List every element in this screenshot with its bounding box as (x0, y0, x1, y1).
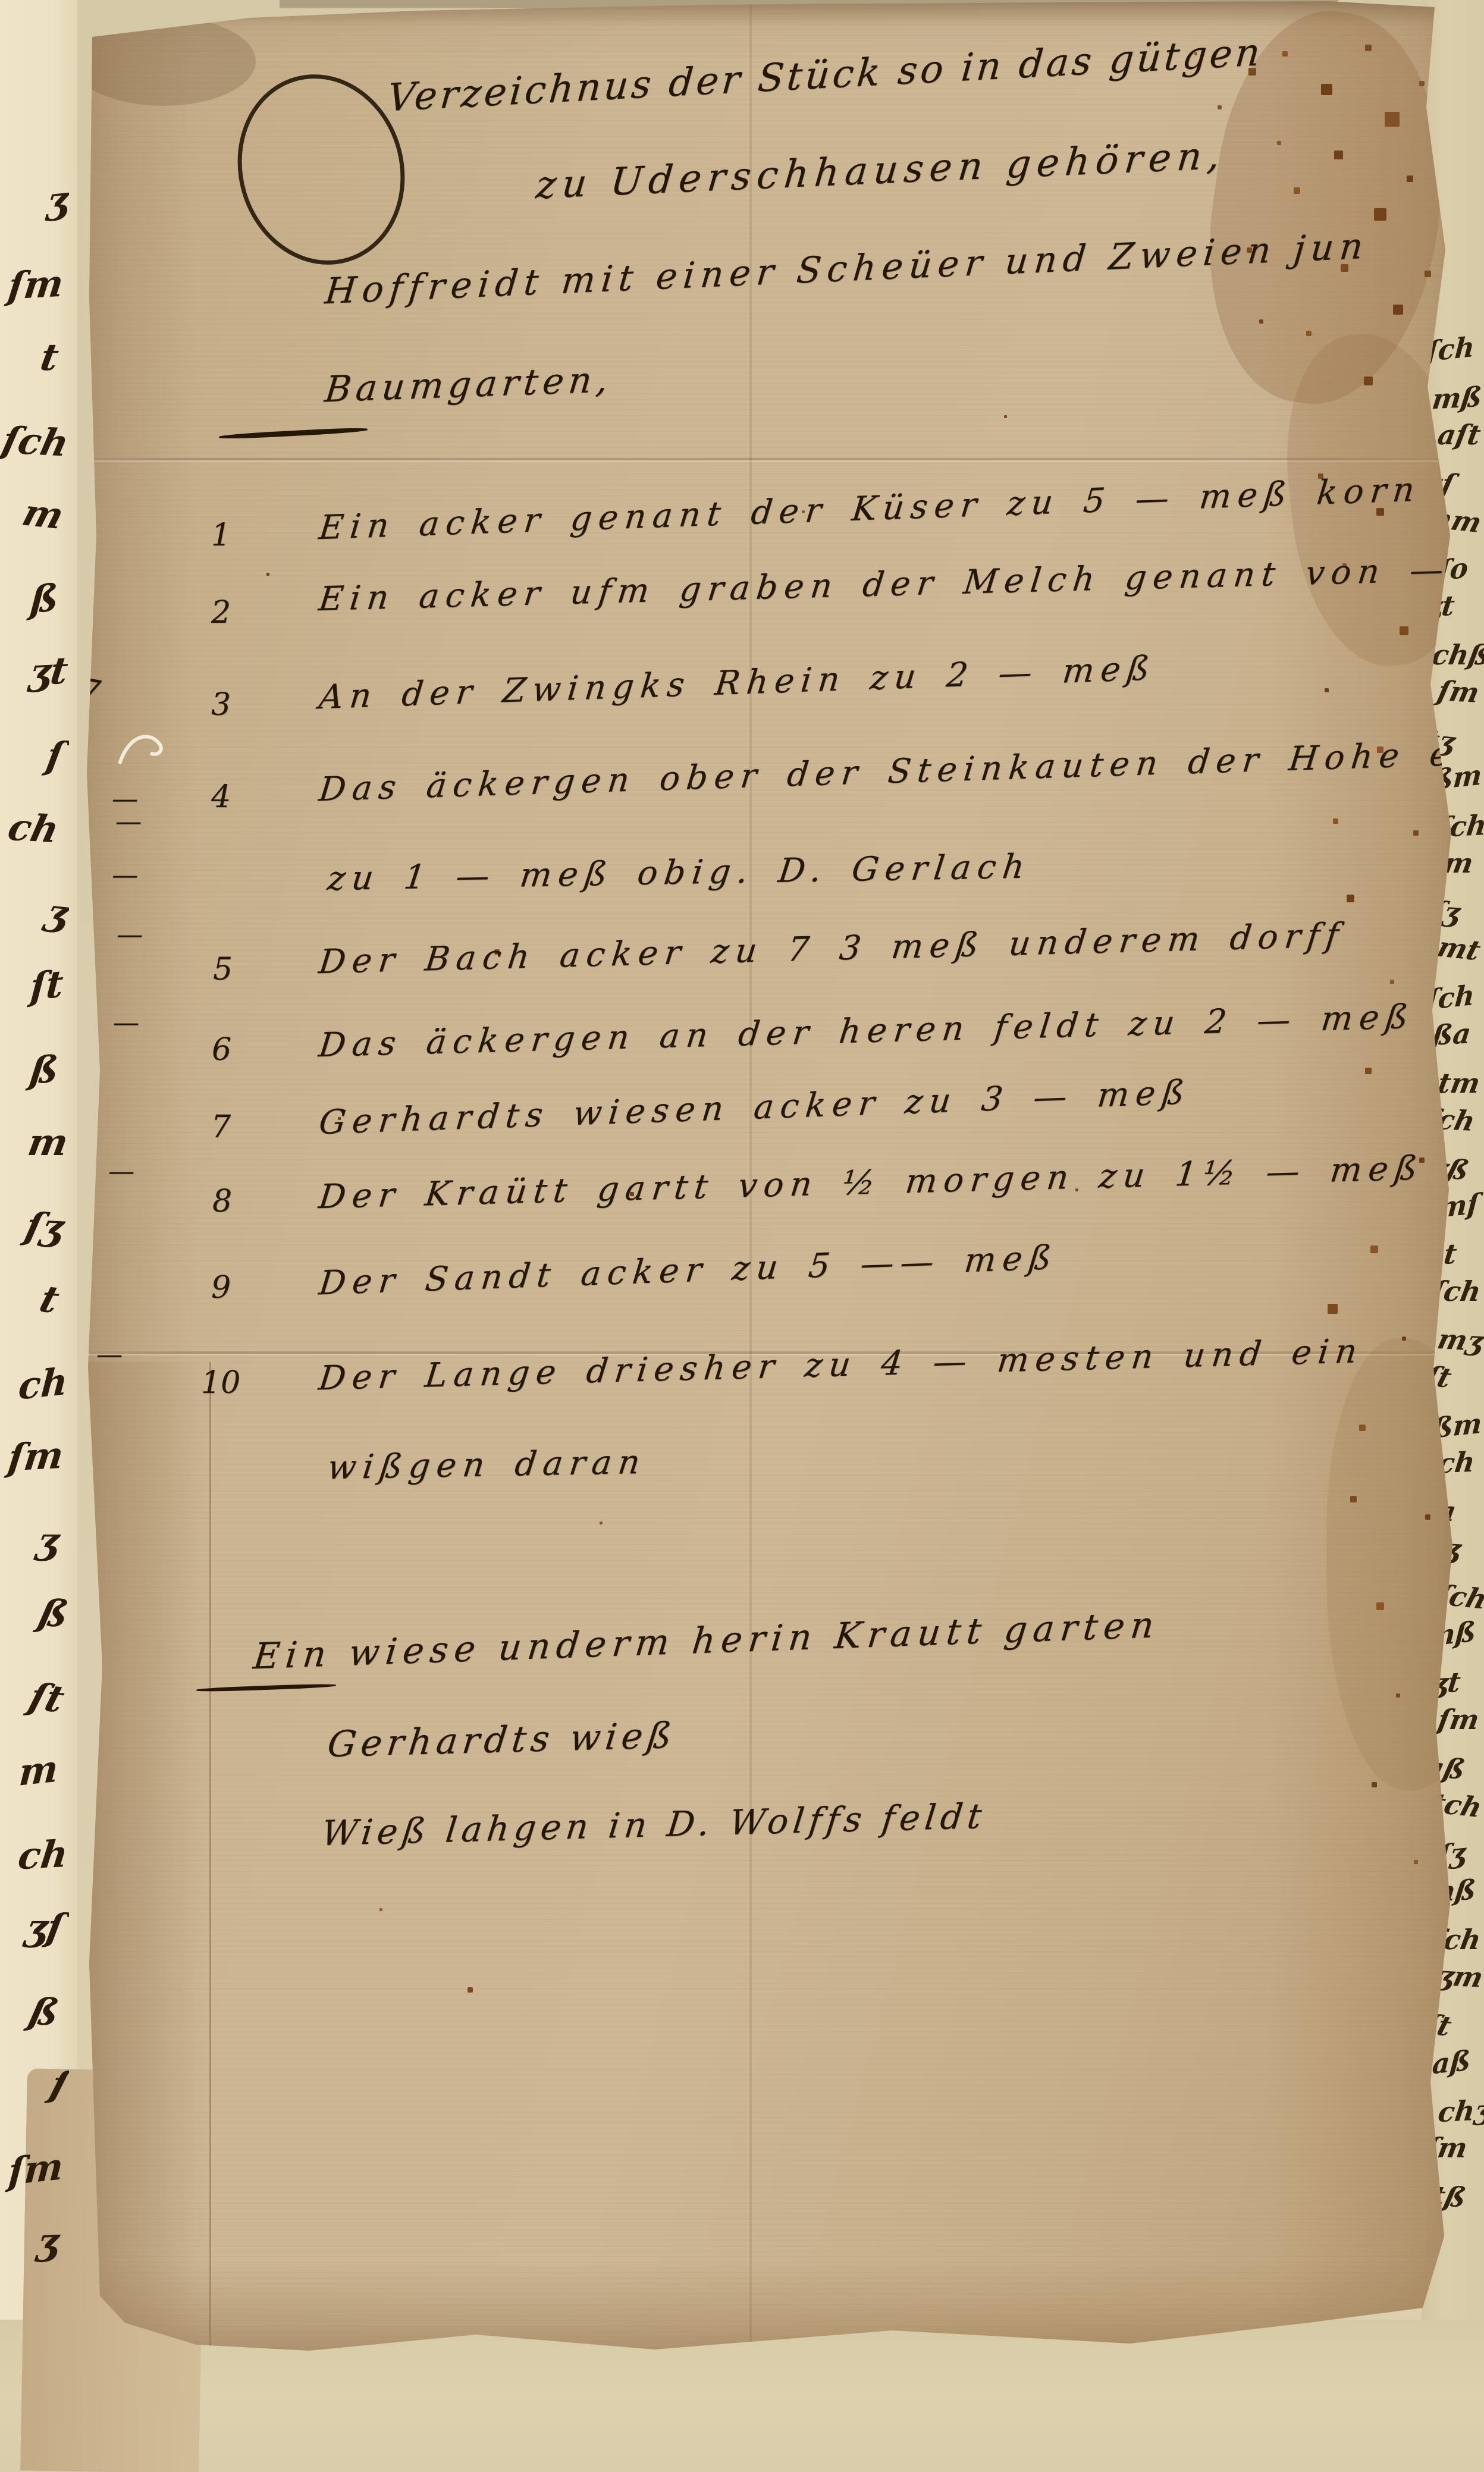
script-fragment: ʒ (34, 2219, 61, 2264)
paper-thread-fiber (116, 727, 170, 780)
item-number: 8 (212, 1184, 232, 1219)
script-fragment: ch (17, 1359, 69, 1408)
item-number: 5 (213, 952, 233, 987)
script-fragment: m (18, 1746, 59, 1795)
adjacent-page-script-fragments-left: ʒſmtſchmßʒtſchʒſtßmſʒtchſmʒßſtmchʒſßſſmʒ (0, 0, 69, 2439)
script-fragment: ßa (1430, 1017, 1473, 1052)
script-fragment: ſt (24, 1675, 69, 1721)
script-fragment: ʒ (41, 890, 69, 935)
script-fragment: ſm (1435, 675, 1483, 708)
script-fragment: aß (1431, 2044, 1472, 2080)
item-number: 7 (211, 1109, 231, 1145)
script-fragment: t (37, 335, 62, 379)
script-fragment: ſm (1435, 1704, 1482, 1736)
item-number: 9 (211, 1270, 231, 1306)
script-fragment: ſʒ (21, 1204, 68, 1249)
script-fragment: ſt (29, 962, 64, 1009)
item-number: 4 (211, 779, 231, 815)
item-number: 2 (211, 595, 231, 630)
script-fragment: m (25, 1121, 69, 1164)
script-fragment: ſ (43, 734, 67, 777)
margin-mark: — (115, 807, 142, 837)
script-fragment: chß (1429, 639, 1484, 671)
manuscript-scan-page: ʒſmtſchmßʒtſchʒſtßmſʒtchſmʒßſtmchʒſßſſmʒ… (0, 0, 1484, 2472)
script-fragment: ſm (7, 2144, 64, 2194)
script-fragment: ch (4, 805, 63, 851)
script-fragment: ſch (0, 419, 69, 465)
script-fragment: mt (1434, 931, 1484, 967)
item-number: 3 (211, 687, 231, 723)
margin-mark: — (113, 1008, 139, 1038)
script-fragment: ß (26, 1990, 64, 2034)
script-fragment: ſm (5, 1433, 65, 1479)
script-fragment: ʒ (45, 177, 69, 224)
script-fragment: ß (35, 1591, 69, 1636)
script-fragment: t (35, 1277, 64, 1321)
script-fragment: ʒ (33, 1519, 62, 1563)
margin-mark: — (96, 1339, 123, 1370)
manuscript-sheet: Verzeichnus der Stück so in das gütgen z… (65, 0, 1463, 2364)
script-fragment: ſ (46, 2062, 69, 2106)
script-fragment: mʒ (1435, 1323, 1484, 1357)
script-fragment: ß (27, 1047, 61, 1092)
margin-mark: — (117, 920, 143, 950)
script-fragment: chʒ (1436, 2093, 1484, 2128)
margin-mark: — (112, 860, 138, 890)
script-fragment: m (18, 491, 69, 537)
item-text-continued: wißgen daran (325, 1443, 648, 1487)
script-fragment: ß (29, 575, 59, 622)
margin-mark: — (108, 1156, 134, 1187)
item-number: 1 (211, 517, 231, 553)
item-number: 10 (201, 1365, 240, 1401)
script-fragment: aſt (1435, 419, 1483, 451)
script-fragment: ſm (5, 261, 65, 308)
script-fragment: ʒt (27, 648, 69, 694)
script-fragment: ch (16, 1832, 69, 1878)
script-fragment: ʒſ (23, 1906, 67, 1949)
script-fragment: mß (1430, 381, 1484, 416)
script-fragment: tm (1435, 1067, 1482, 1099)
fold-crease-highlight-1 (65, 460, 1463, 462)
item-number: 6 (212, 1032, 231, 1068)
